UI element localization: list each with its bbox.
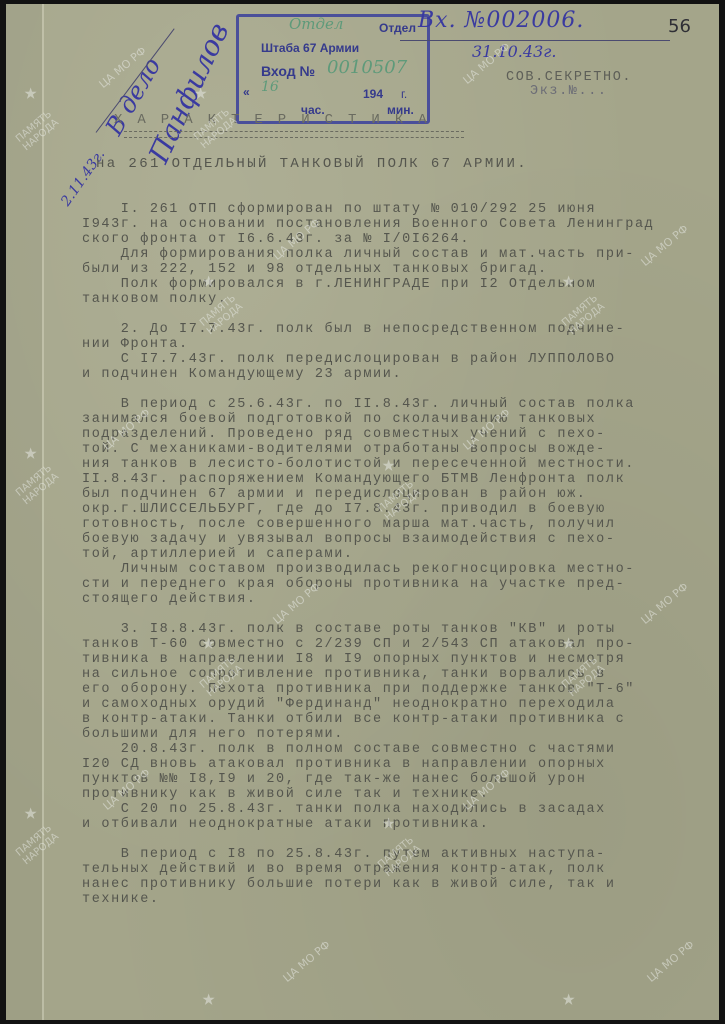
stamp-dept-label: Отдел: [379, 21, 416, 35]
body-line: Личным составом производилась рекогносци…: [82, 562, 654, 577]
stamp-handwritten-dept: Отдел: [289, 15, 343, 33]
body-line: готовность, после совершенного марша мат…: [82, 517, 654, 532]
body-line: большими для него потерями.: [82, 727, 654, 742]
blank-line: [82, 607, 654, 622]
document-subtitle: на 261 ОТДЕЛЬНЫЙ ТАНКОВЫЙ ПОЛК 67 АРМИИ.: [96, 157, 528, 172]
watermark-star-icon: ★: [202, 986, 215, 1012]
body-line: стоящего действия.: [82, 592, 654, 607]
body-line: Полк формировался в г.ЛЕНИНГРАДЕ при I2 …: [82, 277, 654, 292]
body-line: 2. До I7.7.43г. полк был в непосредствен…: [82, 322, 654, 337]
registration-stamp: Отдел Отдел Штаба 67 Армии Вход № 001050…: [236, 14, 430, 124]
body-line: на сильное сопротивление противника, тан…: [82, 667, 654, 682]
binding-strip: [6, 4, 42, 1020]
stamp-entry-label: Вход №: [261, 63, 315, 79]
stamp-entry-number: 0010507: [327, 57, 407, 78]
body-line: в контр-атаки. Танки отбили все контр-ат…: [82, 712, 654, 727]
watermark-archive: ЦА МО РФ: [281, 939, 332, 984]
classification-secret: СОВ.СЕКРЕТНО.: [506, 70, 632, 85]
body-line: 3. I8.8.43г. полк в составе роты танков …: [82, 622, 654, 637]
body-line: и подчинен Командующему 23 армии.: [82, 367, 654, 382]
fold-line: [42, 4, 44, 1020]
body-line: I943г. на основании постановления Военно…: [82, 217, 654, 232]
body-line: той. С механиками-водителями отработаны …: [82, 442, 654, 457]
body-line: II.8.43г. распоряжением Командующего БТМ…: [82, 472, 654, 487]
body-line: ния танков в лесисто-болотистой и пересе…: [82, 457, 654, 472]
body-line: нии Фронта.: [82, 337, 654, 352]
handwritten-reg-number: Вх. №002006.: [418, 8, 584, 33]
body-line: и отбивали неоднократные атаки противник…: [82, 817, 654, 832]
body-line: В период с 25.6.43г. по II.8.43г. личный…: [82, 397, 654, 412]
body-line: окр.г.ШЛИССЕЛЬБУРГ, где до I7.8.43г. при…: [82, 502, 654, 517]
body-line: I. 261 ОТП сформирован по штату № 010/29…: [82, 202, 654, 217]
body-line: и самоходных орудий "Фердинанд" неоднокр…: [82, 697, 654, 712]
body-line: противнику как в живой силе так и техник…: [82, 787, 654, 802]
blank-line: [82, 382, 654, 397]
stamp-year: 194: [363, 87, 383, 101]
body-line: подразделений. Проведено ряд совместных …: [82, 427, 654, 442]
body-line: Для формирования полка личный состав и м…: [82, 247, 654, 262]
blank-line: [82, 307, 654, 322]
body-line: С I7.7.43г. полк передислоцирован в райо…: [82, 352, 654, 367]
body-line: В период с I8 по 25.8.43г. путем активны…: [82, 847, 654, 862]
handwritten-reg-date: 31.10.43г.: [472, 42, 556, 61]
handwritten-signature: Панфилов: [142, 18, 236, 168]
body-line: тивника в направлении I8 и I9 опорных пу…: [82, 652, 654, 667]
watermark-archive: ЦА МО РФ: [645, 939, 696, 984]
stamp-year-suffix: г.: [401, 87, 407, 101]
body-line: его оборону. Пехота противника при подде…: [82, 682, 654, 697]
body-line: той, артиллерией и саперами.: [82, 547, 654, 562]
body-line: пунктов №№ I8,I9 и 20, где так-же нанес …: [82, 772, 654, 787]
title-rule: [124, 131, 464, 138]
body-line: танков Т-60 совместно с 2/239 СП и 2/543…: [82, 637, 654, 652]
stamp-date-prefix: «: [243, 85, 250, 99]
stamp-date-day: 16: [261, 79, 279, 95]
body-line: нанес противнику большие потери как в жи…: [82, 877, 654, 892]
body-line: технике.: [82, 892, 654, 907]
page-number: 56: [668, 16, 691, 37]
watermark-star-icon: ★: [562, 986, 575, 1012]
blank-line: [82, 832, 654, 847]
body-line: С 20 по 25.8.43г. танки полка находились…: [82, 802, 654, 817]
body-line: сти и переднего края обороны противника …: [82, 577, 654, 592]
body-line: тельных действий и во время отражения ко…: [82, 862, 654, 877]
body-line: 20.8.43г. полк в полном составе совместн…: [82, 742, 654, 757]
body-line: ского фронта от I6.6.43г. за № I/0I6264.: [82, 232, 654, 247]
classification-copy: Экз.№...: [530, 84, 608, 99]
body-line: I20 СД вновь атаковал противника в напра…: [82, 757, 654, 772]
body-line: были из 222, 152 и 98 отдельных танковых…: [82, 262, 654, 277]
document-body: I. 261 ОТП сформирован по штату № 010/29…: [82, 202, 654, 907]
body-line: был подчинен 67 армии и передислоцирован…: [82, 487, 654, 502]
body-line: танковом полку.: [82, 292, 654, 307]
document-page: 56 Отдел Отдел Штаба 67 Армии Вход № 001…: [6, 4, 719, 1020]
body-line: боевую задачу и увязывал вопросы взаимод…: [82, 532, 654, 547]
stamp-hq-label: Штаба 67 Армии: [261, 41, 359, 55]
underline: [400, 40, 670, 41]
document-title: ХАРАКТЕРИСТИКА: [114, 112, 442, 128]
body-line: занимался боевой подготовкой по сколачив…: [82, 412, 654, 427]
